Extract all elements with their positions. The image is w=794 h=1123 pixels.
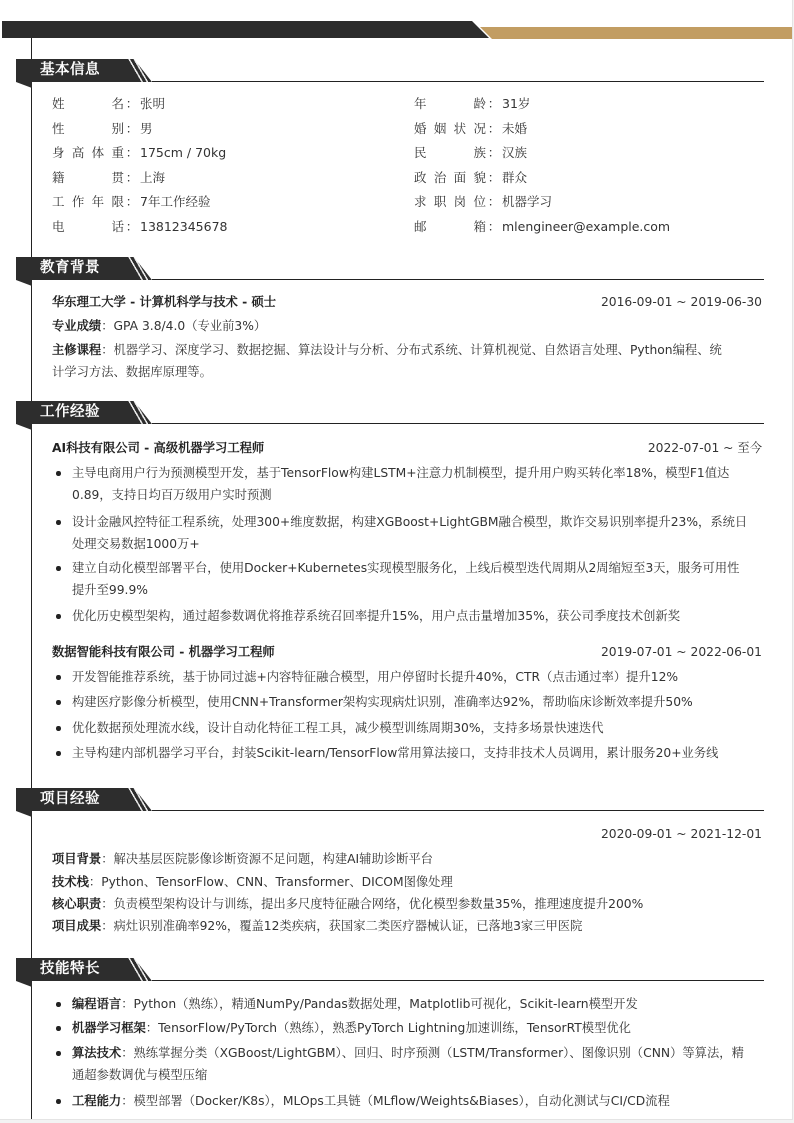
info-row-email: 邮箱：mlengineer@example.com xyxy=(414,217,670,237)
section-title: 技能特长 xyxy=(40,959,100,980)
project-date: 2020-09-01 ~ 2021-12-01 xyxy=(601,823,762,845)
header-bar-gold xyxy=(480,27,792,39)
divider xyxy=(152,810,764,811)
project-responsibility: 核心职责：负责模型架构设计与训练，提出多尺度特征融合网络，优化模型参数量35%，… xyxy=(52,893,762,915)
project-result: 项目成果：病灶识别准确率92%，覆盖12类疾病，获国家二类医疗器械认证，已落地3… xyxy=(52,915,762,937)
education-courses: 主修课程：机器学习、深度学习、数据挖掘、算法设计与分析、分布式系统、计算机视觉、… xyxy=(52,339,762,361)
divider xyxy=(152,980,764,981)
section-header: 项目经验 xyxy=(16,788,764,811)
section-header: 基本信息 xyxy=(16,59,764,82)
job-date: 2019-07-01 ~ 2022-06-01 xyxy=(601,641,762,663)
resume-page: 基本信息 姓名：张明 性别：男 身高体重：175cm / 70kg 籍贯：上海 … xyxy=(0,0,793,1120)
email-link[interactable]: mlengineer@example.com xyxy=(502,219,670,234)
info-row-job-target: 求职岗位：机器学习 xyxy=(414,192,552,212)
project-tech-stack: 技术栈：Python、TensorFlow、CNN、Transformer、DI… xyxy=(52,871,762,893)
info-row-phone: 电话：13812345678 xyxy=(52,217,227,237)
info-row-age: 年龄：31岁 xyxy=(414,94,530,114)
education-date: 2016-09-01 ~ 2019-06-30 xyxy=(601,291,762,313)
info-row-political: 政治面貌：群众 xyxy=(414,168,527,188)
section-header: 技能特长 xyxy=(16,958,764,981)
section-title: 基本信息 xyxy=(40,60,100,81)
section-education: 教育背景 xyxy=(16,257,764,280)
info-row-name: 姓名：张明 xyxy=(52,94,165,114)
info-row-height-weight: 身高体重：175cm / 70kg xyxy=(52,143,226,163)
education-gpa: 专业成绩：GPA 3.8/4.0（专业前3%） xyxy=(52,315,762,337)
section-title: 项目经验 xyxy=(40,789,100,810)
section-work: 工作经验 xyxy=(16,401,764,424)
education-courses-cont: 计学习方法、数据库原理等。 xyxy=(52,361,762,383)
section-title: 教育背景 xyxy=(40,258,100,279)
section-project: 项目经验 xyxy=(16,788,764,811)
divider xyxy=(152,279,764,280)
info-row-native-place: 籍贯：上海 xyxy=(52,168,165,188)
info-row-gender: 性别：男 xyxy=(52,119,153,139)
section-basic-info: 基本信息 xyxy=(16,59,764,82)
section-header: 工作经验 xyxy=(16,401,764,424)
info-row-marital: 婚姻状况：未婚 xyxy=(414,119,527,139)
section-skills: 技能特长 xyxy=(16,958,764,981)
section-title: 工作经验 xyxy=(40,402,100,423)
info-row-ethnicity: 民族：汉族 xyxy=(414,143,527,163)
section-header: 教育背景 xyxy=(16,257,764,280)
divider xyxy=(152,423,764,424)
info-row-work-years: 工作年限：7年工作经验 xyxy=(52,192,210,212)
divider xyxy=(152,81,764,82)
job-date: 2022-07-01 ~ 至今 xyxy=(648,437,762,459)
project-background: 项目背景：解决基层医院影像诊断资源不足问题，构建AI辅助诊断平台 xyxy=(52,848,762,870)
header-bar-dark xyxy=(2,21,489,38)
